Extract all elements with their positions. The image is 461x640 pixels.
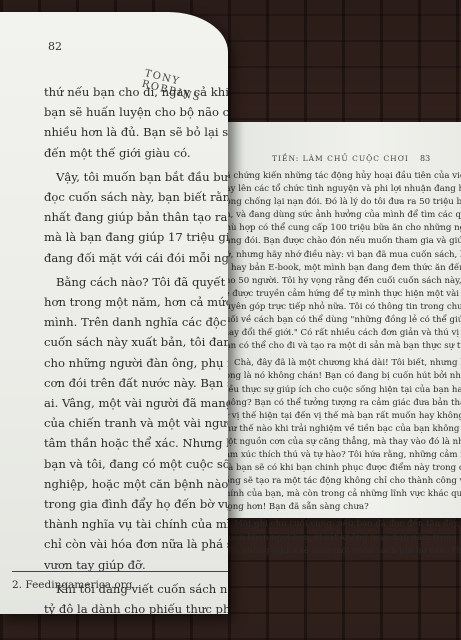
footnote-rule: [12, 571, 228, 572]
text-line: in hay bản E-book, một mình bạn đang đem…: [220, 262, 461, 275]
text-line: bạn và tôi, đang có một cuộc sống bình t…: [44, 454, 228, 474]
page-number: 82: [48, 40, 62, 53]
text-line: động chống lại nạn đói. Đó là lý do tôi …: [220, 196, 461, 209]
page-number: 83: [420, 154, 430, 163]
text-line: thứ nếu bạn cho đi, ngay cả khi bạn nghĩ: [44, 82, 228, 102]
text-line: của chiến tranh và một vài người thì phả…: [44, 413, 228, 433]
text-line: Chà, đây đã là một chương khá dài! Tôi b…: [220, 357, 461, 370]
text-line: Vậy, tôi muốn bạn bắt đầu bước trên lộ t…: [44, 167, 228, 187]
text-line: một nguồn cơn của sự căng thẳng, mà thay…: [220, 436, 461, 449]
right-page: TIỀN: LÀM CHỦ CUỘC CHƠI 83 đã chứng kiến…: [214, 122, 461, 518]
text-line: thành nghĩa vụ tài chính của mình. Phần …: [44, 514, 228, 534]
text-line: đang đối mặt với cái đói mỗi ngày.: [44, 248, 228, 268]
text-line: cho 50 người. Tôi hy vọng rằng đến cuối …: [220, 275, 461, 288]
text-line: ai. Vâng, một vài người đã mang trong ký…: [44, 393, 228, 413]
text-line: cho những người đàn ông, phụ nữ, và trẻ …: [44, 353, 228, 373]
text-line: vọng là nó không chán! Bạn có đang bị cu…: [220, 370, 461, 383]
text-line: nhiều hơn là đủ. Bạn sẽ bỏ lại sự thiếu …: [44, 122, 228, 142]
text-line: nghiệp, hoặc một căn bệnh nào đó, một ai: [44, 474, 228, 494]
left-page: 82 TONY ROBBINS thứ nếu bạn cho đi, ngay…: [0, 12, 228, 614]
text-line: sẽ được truyền cảm hứng để tự mình thực …: [220, 288, 461, 301]
text-line: quyên góp trực tiếp nhỏ nữa. Tôi có thôn…: [220, 301, 461, 314]
text-line: mình. Trên danh nghĩa các độc giả của mì…: [44, 312, 228, 332]
footnote: 2. Feedingamerica.org: [12, 579, 132, 591]
text-line: cơn đói trên đất nước này. Bạn sẽ ngạc n…: [44, 373, 228, 393]
text-line: như thế nào khi trải nghiệm về tiền bạc …: [220, 423, 461, 436]
text-line: bạn có thể cho đi và tạo ra một di sản m…: [220, 340, 461, 353]
text-line: phù hợp có thể cung cấp 100 triệu bữa ăn…: [220, 222, 461, 235]
text-line: mà là bạn đang giúp 17 triệu gia đình ng…: [44, 227, 228, 247]
text-line: hơn trong một năm, hơn cả mức tôi có thể: [44, 292, 228, 312]
text-line: cuốn sách này xuất bản, tôi đang đóng gó…: [44, 332, 228, 352]
text-line: đến một thế giới giàu có.: [44, 143, 228, 163]
text-line: Bằng cách nào? Tôi đã quyết định rằng: [44, 272, 228, 292]
text-line: không? Bạn có thể tưởng tượng ra cảm giá…: [220, 397, 461, 410]
text-line: thay đổi thế giới." Có rất nhiều cách đơ…: [220, 327, 461, 340]
text-line: đọc cuốn sách này, bạn biết rằng bạn khô…: [44, 187, 228, 207]
text-line: đỡ, nhưng hãy nhớ điều này: vì bạn đã mu…: [220, 249, 461, 262]
page-body-text: thứ nếu bạn cho đi, ngay cả khi bạn nghĩ…: [44, 82, 228, 614]
text-line: này lên các tổ chức tình nguyện và phi l…: [220, 183, 461, 196]
text-line: cảm xúc thích thú và tự hào? Tôi hứa rằn…: [220, 449, 461, 462]
text-line: ăn, và đang dùng sức ảnh hưởng của mình …: [220, 209, 461, 222]
text-line: chính của bạn, mà còn trong cả những lĩn…: [220, 488, 461, 501]
text-line: sống sẽ tạo ra một tác động không chỉ ch…: [220, 475, 461, 488]
text-line: bạn sẽ huấn luyện cho bộ não của mình: [44, 102, 228, 122]
text-line: mà bạn sẽ có khi bạn chinh phục được điể…: [220, 462, 461, 475]
text-line: tâm thần hoặc thể xác. Nhưng hàng triệu …: [44, 433, 228, 453]
text-line: Một ghi chú cuối cùng: nếu bạn đã đọc đế…: [220, 518, 461, 531]
text-line: chỉ còn vài hóa đơn nữa là phá sản. Vì v…: [44, 534, 228, 554]
running-header: TIỀN: LÀM CHỦ CUỘC CHƠI: [272, 154, 409, 163]
text-line: điều thực sự giúp ích cho cuộc sống hiện…: [220, 384, 461, 397]
text-line: từ vị thế hiện tại đến vị thế mà bạn rất…: [220, 410, 461, 423]
text-line: trong gia đình đẩy họ đến bờ vực khiến h…: [44, 494, 228, 514]
text-line: tỷ đô la dành cho phiếu thực phẩm ra khỏ…: [44, 599, 228, 614]
page-body-text: đã chứng kiến những tác động hủy hoại đầ…: [220, 170, 461, 558]
text-line: nhất đang giúp bản thân tạo ra một tương…: [44, 207, 228, 227]
text-line: 10% những người sẽ mua một cuốn sách phi…: [220, 545, 461, 558]
text-line: trọng hơn! Bạn đã sẵn sàng chưa?: [220, 501, 461, 514]
text-line: đã chứng kiến những tác động hủy hoại đầ…: [220, 170, 461, 183]
text-line: muốn khen ngợi bạn, vì rất không may, bạ…: [220, 532, 461, 545]
text-line: đang đói. Bạn được chào đón nếu muốn tha…: [220, 235, 461, 248]
text-line: cuối về cách bạn có thể dùng "những đồng…: [220, 314, 461, 327]
